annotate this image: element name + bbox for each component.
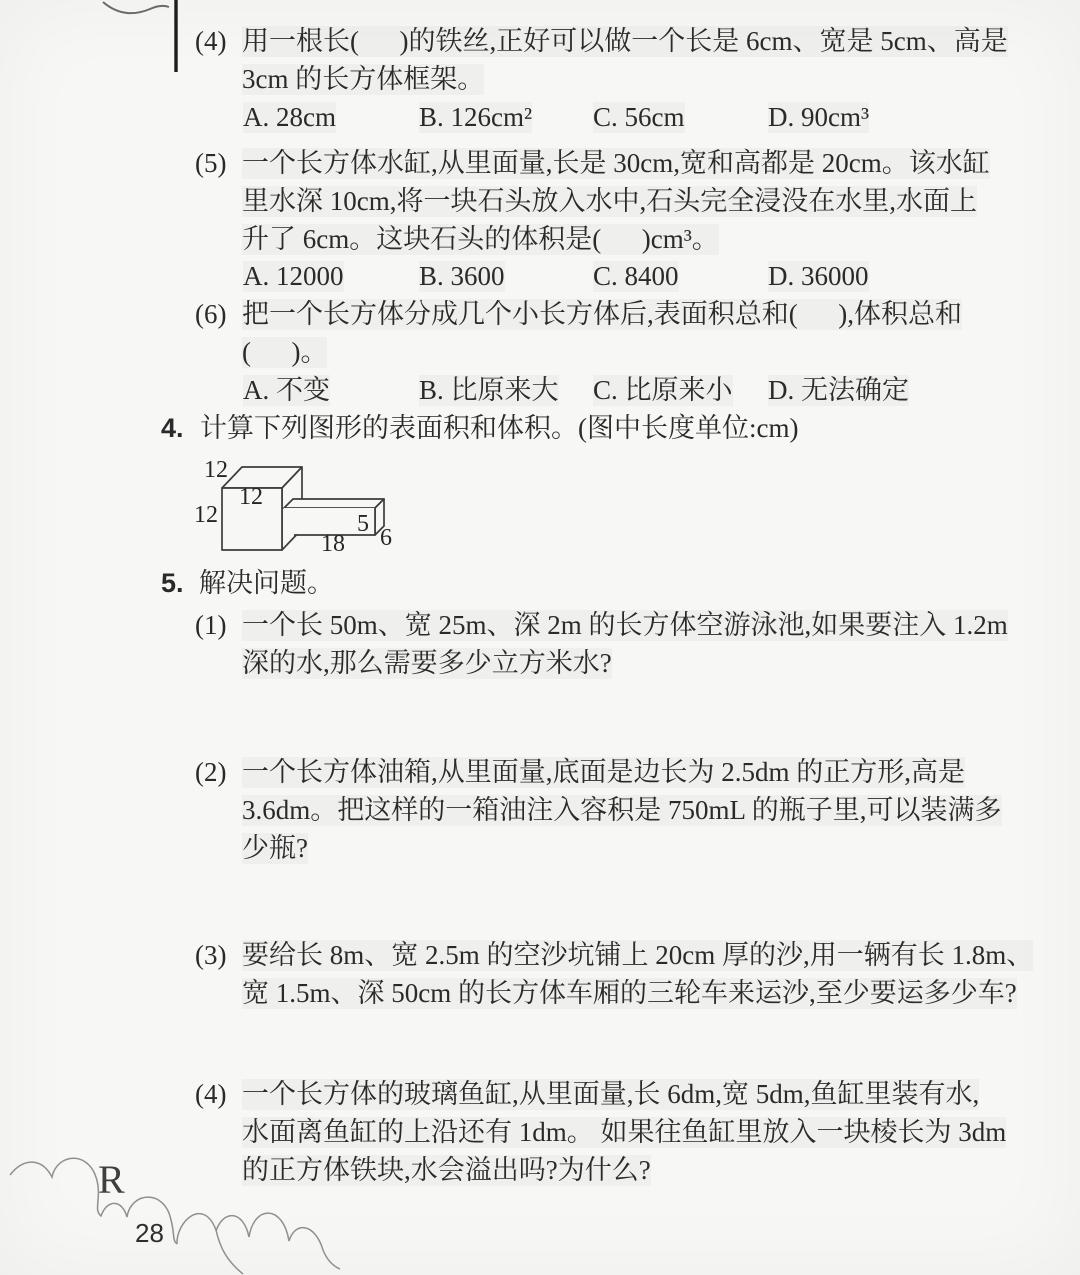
question-5-marker: (5) [195, 148, 226, 179]
problem-2-line-2: 3.6dm。把这样的一箱油注入容积是 750mL 的瓶子里,可以装满多 [242, 795, 1002, 826]
item-4-number: 4. [161, 413, 184, 444]
label-cube-left-edge: 12 [194, 503, 218, 527]
question-6-option-d: D. 无法确定 [768, 375, 909, 406]
label-cube-front-edge: 12 [239, 485, 263, 509]
question-4-line-1: 用一根长( )的铁丝,正好可以做一个长是 6cm、宽是 5cm、高是 [242, 26, 1008, 57]
question-5-option-c: C. 8400 [593, 261, 679, 292]
problem-4-line-2: 水面离鱼缸的上沿还有 1dm。 如果往鱼缸里放入一块棱长为 3dm [242, 1117, 1006, 1148]
cloud-border-right [216, 1213, 340, 1269]
question-6-line-2: ( )。 [242, 337, 327, 368]
problem-3-line-1: 要给长 8m、宽 2.5m 的空沙坑铺上 20cm 厚的沙,用一辆有长 1.8m… [242, 940, 1033, 971]
problem-2-line-1: 一个长方体油箱,从里面量,底面是边长为 2.5dm 的正方形,高是 [242, 757, 965, 788]
item-5-number: 5. [161, 568, 184, 599]
problem-4-marker: (4) [195, 1079, 226, 1110]
question-6-marker: (6) [195, 299, 226, 330]
question-6-line-1: 把一个长方体分成几个小长方体后,表面积总和( ),体积总和 [242, 299, 962, 330]
problem-4-line-3: 的正方体铁块,水会溢出吗?为什么? [242, 1155, 651, 1186]
top-left-arc [103, 2, 169, 13]
question-5-option-d: D. 36000 [768, 261, 869, 292]
problem-2-line-3: 少瓶? [242, 833, 308, 864]
problem-3-marker: (3) [195, 940, 226, 971]
question-4-marker: (4) [195, 26, 226, 57]
question-4-option-a: A. 28cm [243, 102, 336, 133]
item-4-title: 计算下列图形的表面积和体积。(图中长度单位:cm) [200, 413, 798, 444]
problem-1-marker: (1) [195, 610, 226, 641]
cube-right-face [282, 467, 302, 550]
item-5-title: 解决问题。 [199, 568, 334, 599]
question-4-line-2: 3cm 的长方体框架。 [242, 64, 484, 95]
question-5-line-2: 里水深 10cm,将一块石头放入水中,石头完全浸没在水里,水面上 [242, 186, 977, 217]
problem-1-line-2: 深的水,那么需要多少立方米水? [242, 648, 612, 679]
workbook-page: (4) 用一根长( )的铁丝,正好可以做一个长是 6cm、宽是 5cm、高是 3… [0, 0, 1080, 1275]
label-bar-end-height: 5 [357, 512, 369, 536]
problem-3-line-2: 宽 1.5m、深 50cm 的长方体车厢的三轮车来运沙,至少要运多少车? [242, 978, 1017, 1009]
label-cube-top-edge: 12 [204, 458, 228, 482]
bar-top-face [284, 499, 384, 508]
question-4-option-b: B. 126cm² [419, 102, 532, 133]
label-bar-depth: 6 [380, 526, 392, 550]
question-5-line-1: 一个长方体水缸,从里面量,长是 30cm,宽和高都是 20cm。该水缸 [242, 148, 990, 179]
page-number: 28 [135, 1218, 164, 1249]
label-bar-length: 18 [321, 532, 345, 556]
publisher-logo: R [98, 1156, 124, 1203]
problem-1-line-1: 一个长 50m、宽 25m、深 2m 的长方体空游泳池,如果要注入 1.2m [242, 610, 1008, 641]
question-6-option-a: A. 不变 [243, 375, 330, 406]
question-6-option-b: B. 比原来大 [419, 375, 559, 406]
question-5-option-a: A. 12000 [243, 261, 344, 292]
question-5-line-3: 升了 6cm。这块石头的体积是( )cm³。 [242, 224, 719, 255]
cloud-border-tail [177, 1214, 243, 1274]
question-5-option-b: B. 3600 [419, 261, 505, 292]
problem-2-marker: (2) [195, 757, 226, 788]
question-4-option-d: D. 90cm³ [768, 102, 869, 133]
question-6-option-c: C. 比原来小 [593, 375, 733, 406]
question-4-option-c: C. 56cm [593, 102, 685, 133]
problem-4-line-1: 一个长方体的玻璃鱼缸,从里面量,长 6dm,宽 5dm,鱼缸里装有水, [242, 1079, 979, 1110]
